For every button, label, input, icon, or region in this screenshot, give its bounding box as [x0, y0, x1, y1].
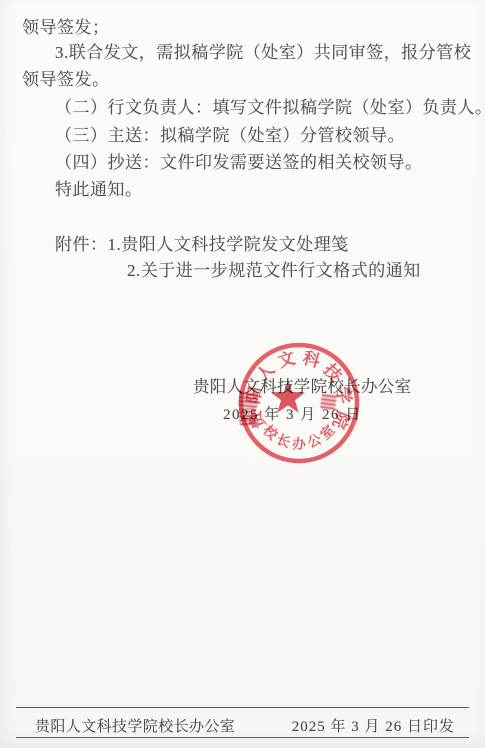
seal-bottom-text: 校 长 办 公 室 [260, 421, 338, 451]
paragraph-line: 特此通知。 [55, 180, 143, 199]
attachment-line: 附件：1.贵阳人文科技学院发文处理笺 [55, 235, 349, 254]
footer-bottom-rule [16, 737, 469, 738]
paragraph-line: 领导签发。 [22, 70, 110, 89]
footer-org: 贵阳人文科技学院校长办公室 [35, 715, 235, 736]
seal-bottom-char: 办 [292, 436, 306, 452]
ink-smudge [238, 407, 256, 425]
ink-smudge [238, 390, 258, 408]
paragraph-line: （四）抄送：文件印发需要送签的相关校领导。 [55, 153, 423, 172]
star-icon [271, 380, 305, 413]
footer-print-date: 2025 年 3 月 26 日印发 [292, 715, 455, 736]
paragraph-line: 领导签发； [22, 18, 110, 37]
paragraph-line: （二）行文负责人：填写文件拟稿学院（处室）负责人。 [55, 98, 485, 117]
paragraph-line: 3.联合发文，需拟稿学院（处室）共同审签，报分管校 [55, 43, 471, 62]
attachment-line: 2.关于进一步规范文件行文格式的通知 [127, 261, 421, 280]
ink-smudge [320, 393, 337, 410]
footer-top-rule [16, 707, 469, 708]
document-page: 领导签发； 3.联合发文，需拟稿学院（处室）共同审签，报分管校 领导签发。 （二… [0, 0, 485, 748]
paragraph-line: （三）主送：拟稿学院（处室）分管校领导。 [55, 126, 405, 145]
